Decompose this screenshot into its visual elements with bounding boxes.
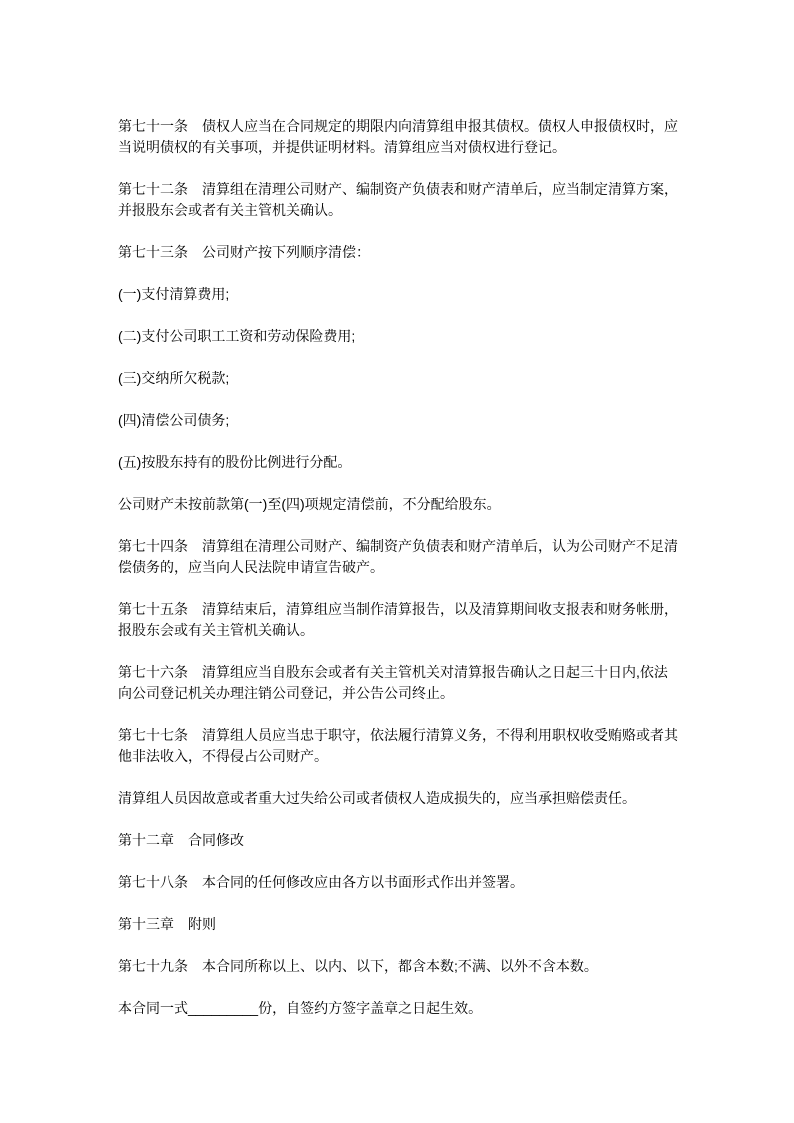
article-73-item-3: (三)交纳所欠税款; (118, 368, 680, 389)
article-73-item-1: (一)支付清算费用; (118, 284, 680, 305)
article-77-liability-paragraph: 清算组人员因故意或者重大过失给公司或者债权人造成损失的，应当承担赔偿责任。 (118, 788, 680, 809)
effectiveness-paragraph: 本合同一式_________份，自签约方签字盖章之日起生效。 (118, 998, 680, 1019)
article-75-paragraph: 第七十五条 清算结束后，清算组应当制作清算报告，以及清算期间收支报表和财务帐册，… (118, 599, 680, 641)
article-73-proviso-paragraph: 公司财产未按前款第(一)至(四)项规定清偿前，不分配给股东。 (118, 494, 680, 515)
article-73-item-2: (二)支付公司职工工资和劳动保险费用; (118, 326, 680, 347)
article-71-paragraph: 第七十一条 债权人应当在合同规定的期限内向清算组申报其债权。债权人申报债权时，应… (118, 116, 680, 158)
article-77-paragraph: 第七十七条 清算组人员应当忠于职守，依法履行清算义务，不得利用职权收受贿赂或者其… (118, 725, 680, 767)
chapter-12-heading: 第十二章 合同修改 (118, 830, 680, 851)
article-73-paragraph: 第七十三条 公司财产按下列顺序清偿： (118, 242, 680, 263)
article-74-paragraph: 第七十四条 清算组在清理公司财产、编制资产负债表和财产清单后，认为公司财产不足清… (118, 536, 680, 578)
article-73-item-4: (四)清偿公司债务; (118, 410, 680, 431)
article-76-paragraph: 第七十六条 清算组应当自股东会或者有关主管机关对清算报告确认之日起三十日内,依法… (118, 662, 680, 704)
article-78-paragraph: 第七十八条 本合同的任何修改应由各方以书面形式作出并签署。 (118, 872, 680, 893)
article-79-paragraph: 第七十九条 本合同所称以上、以内、以下，都含本数;不满、以外不含本数。 (118, 956, 680, 977)
article-73-item-5: (五)按股东持有的股份比例进行分配。 (118, 452, 680, 473)
chapter-13-heading: 第十三章 附则 (118, 914, 680, 935)
document-page: 第七十一条 债权人应当在合同规定的期限内向清算组申报其债权。债权人申报债权时，应… (0, 0, 794, 1123)
article-72-paragraph: 第七十二条 清算组在清理公司财产、编制资产负债表和财产清单后，应当制定清算方案，… (118, 179, 680, 221)
